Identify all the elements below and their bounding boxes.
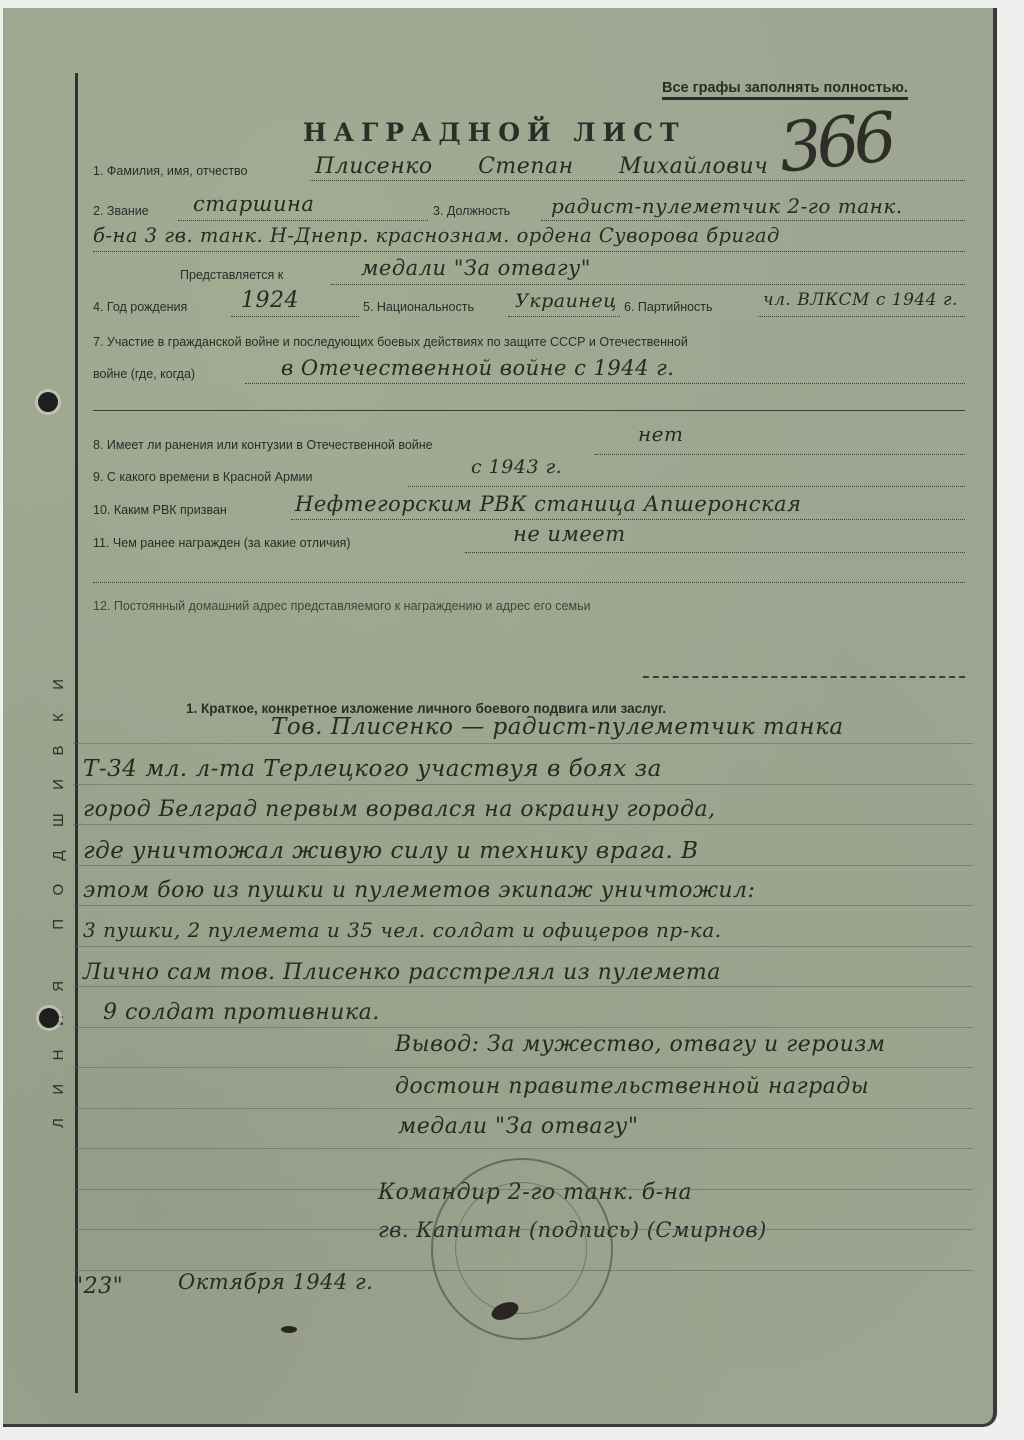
feat-line: где уничтожал живую силу и технику врага… [83, 838, 699, 864]
field-6-line [758, 316, 965, 317]
field-3-label: 3. Должность [433, 204, 510, 218]
field-12-label: 12. Постоянный домашний адрес представля… [93, 599, 591, 613]
ruled-line [73, 1229, 973, 1230]
feat-line: 9 солдат противника. [103, 1000, 380, 1025]
presented-value: медали "За отвагу" [361, 256, 591, 280]
punch-hole [38, 392, 58, 412]
field-8-label: 8. Имеет ли ранения или контузии в Отече… [93, 438, 433, 452]
date-month-year: Октября 1944 г. [178, 1270, 373, 1294]
field-5-label: 5. Национальность [363, 300, 474, 314]
field-9-label: 9. С какого времени в Красной Армии [93, 470, 313, 484]
field-3-continuation: б-на 3 гв. танк. Н-Днепр. краснознам. ор… [93, 224, 780, 247]
feat-line: 3 пушки, 2 пулемета и 35 чел. солдат и о… [83, 918, 722, 942]
ruled-line [73, 946, 973, 947]
field-4-label: 4. Год рождения [93, 300, 187, 314]
ruled-line [73, 1027, 973, 1028]
ruled-line [73, 824, 973, 825]
feat-line: Лично сам тов. Плисенко расстрелял из пу… [83, 960, 721, 985]
field-2-line [178, 220, 428, 221]
feat-line: город Белград первым ворвался на окраину… [83, 797, 716, 822]
ruled-line [73, 865, 973, 866]
field-8-value: нет [638, 422, 683, 446]
field-11-extra-line [93, 582, 965, 583]
award-sheet: ЛИНИЯ ПОДШИВКИ Все графы заполнять полно… [3, 8, 997, 1427]
field-1-value: Плисенко Степан Михайлович [315, 154, 768, 179]
fill-hint: Все графы заполнять полностью. [662, 80, 908, 100]
ruled-line [73, 1108, 973, 1109]
presented-label: Представляется к [180, 268, 283, 282]
field-5-line [508, 316, 620, 317]
feat-line: Тов. Плисенко — радист-пулеметчик танка [271, 714, 844, 740]
field-9-value: с 1943 г. [471, 456, 562, 478]
field-12-line [643, 676, 965, 678]
conclusion-line: медали "За отвагу" [398, 1114, 638, 1139]
field-11-value: не имеет [513, 522, 626, 546]
feat-line: Т-34 мл. л-та Терлецкого участвуя в боях… [83, 756, 662, 782]
field-1-line [310, 180, 965, 181]
field-10-label: 10. Каким РВК призван [93, 503, 227, 517]
binding-margin-label: ЛИНИЯ ПОДШИВКИ [50, 228, 67, 1128]
field-4-value: 1924 [241, 288, 299, 313]
ruled-line [73, 784, 973, 785]
ruled-line [73, 1189, 973, 1190]
date-day: "23" [73, 1274, 123, 1299]
ink-blot [281, 1326, 297, 1333]
field-1-label: 1. Фамилия, имя, отчество [93, 164, 248, 178]
field-3-continuation-line [93, 251, 965, 252]
field-3-value: радист-пулеметчик 2-го танк. [551, 194, 903, 218]
field-6-label: 6. Партийность [624, 300, 713, 314]
field-7-label-continuation: войне (где, когда) [93, 367, 195, 381]
field-7-label: 7. Участие в гражданской войне и последу… [93, 335, 688, 349]
field-10-line [291, 519, 965, 520]
field-2-value: старшина [193, 192, 314, 216]
signature-line-1: Командир 2-го танк. б-на [378, 1180, 692, 1205]
signature-line-2: гв. Капитан (подпись) (Смирнов) [378, 1218, 767, 1242]
field-10-value: Нефтегорским РВК станица Апшеронская [295, 492, 801, 516]
field-7-line [245, 383, 965, 384]
field-11-line [465, 552, 965, 553]
document-title: НАГРАДНОЙ ЛИСТ [303, 118, 686, 147]
ruled-line [73, 1067, 973, 1068]
punch-hole [39, 1008, 59, 1028]
ruled-line [73, 1148, 973, 1149]
field-7-extra-line [93, 410, 965, 411]
field-6-value: чл. ВЛКСМ с 1944 г. [763, 290, 958, 310]
ruled-line [73, 986, 973, 987]
field-9-line [408, 486, 965, 487]
field-4-line [231, 316, 359, 317]
ruled-line [73, 1270, 973, 1271]
conclusion-line: достоин правительственной награды [395, 1074, 869, 1099]
presented-line [331, 284, 965, 285]
ruled-line [73, 743, 973, 744]
field-7-value: в Отечественной войне с 1944 г. [281, 356, 674, 380]
handwritten-number: 366 [775, 98, 894, 188]
binding-line [75, 73, 78, 1393]
field-5-value: Украинец [515, 290, 617, 312]
feat-line: этом бою из пушки и пулеметов экипаж уни… [83, 878, 755, 903]
conclusion-line: Вывод: За мужество, отвагу и героизм [395, 1032, 885, 1057]
ruled-line [73, 905, 973, 906]
field-3-line [541, 220, 965, 221]
field-8-line [595, 454, 965, 455]
field-11-label: 11. Чем ранее награжден (за какие отличи… [93, 536, 350, 550]
field-2-label: 2. Звание [93, 204, 149, 218]
